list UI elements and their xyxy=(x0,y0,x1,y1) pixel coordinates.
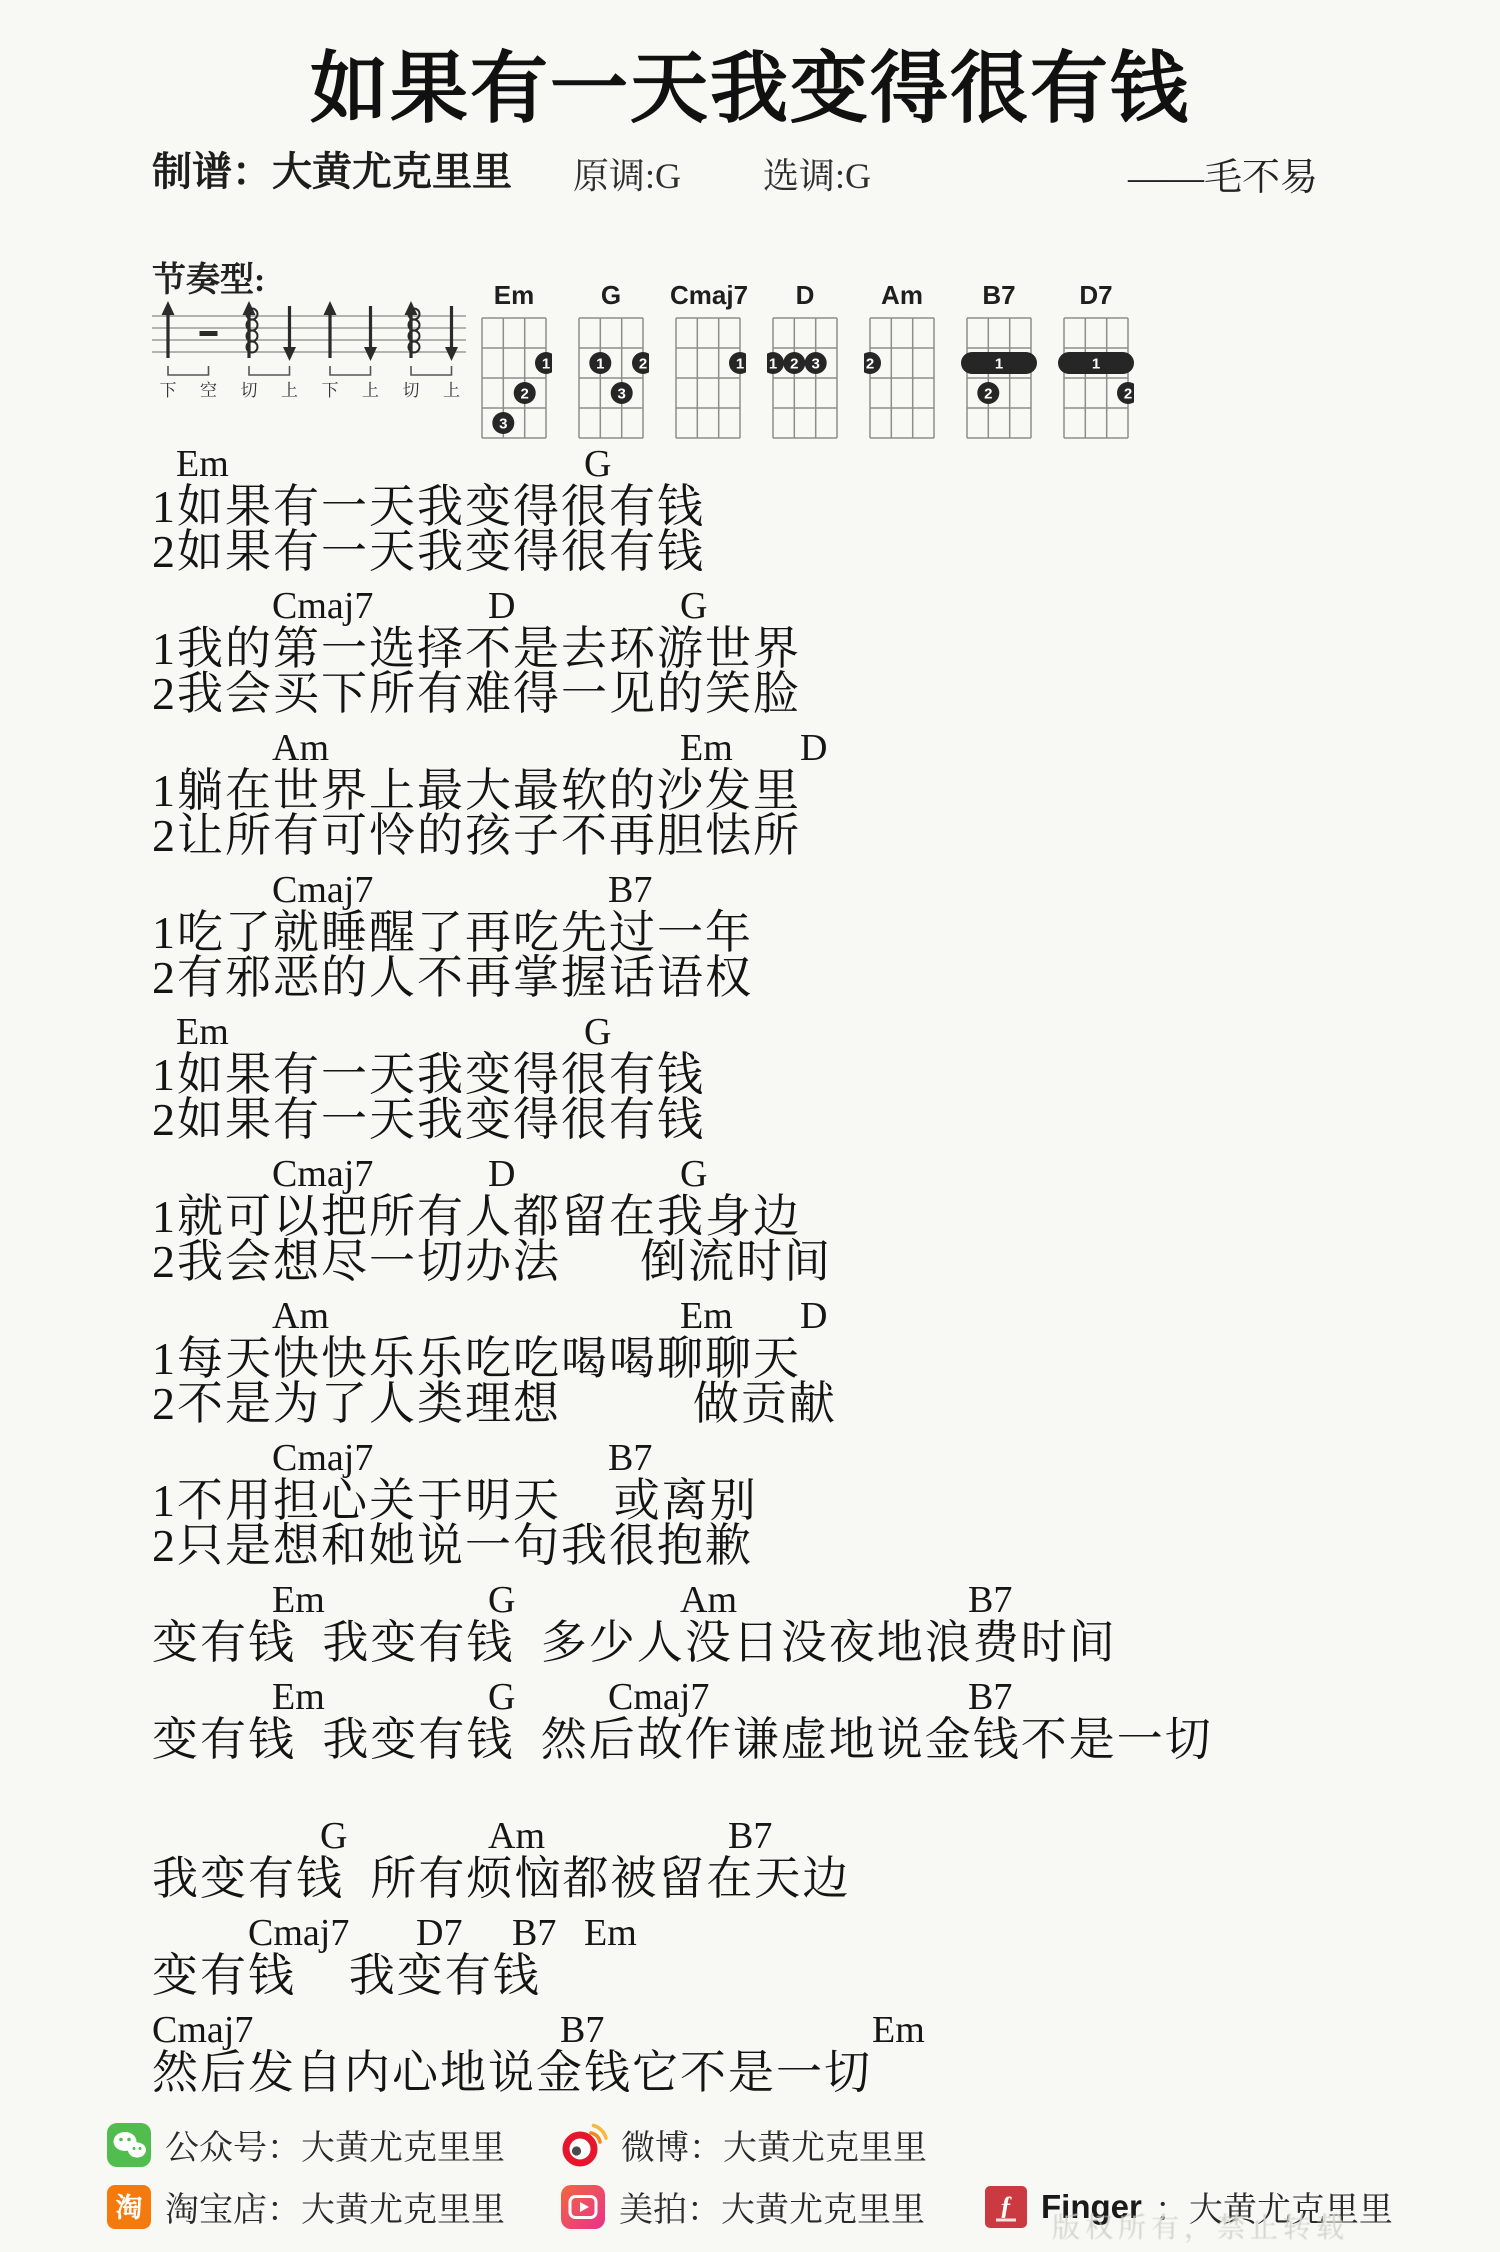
svg-text:1: 1 xyxy=(542,356,550,373)
chord-label: G xyxy=(584,442,611,486)
chord-label: Em xyxy=(176,442,229,486)
chord-label: G xyxy=(584,1010,611,1054)
chord-diagram-name: Am xyxy=(864,280,940,314)
chord-line: AmEmD xyxy=(152,1288,1472,1336)
rhythm-step-label: 切 xyxy=(403,381,420,400)
rhythm-step-label: 空 xyxy=(200,381,217,400)
svg-text:2: 2 xyxy=(1124,386,1132,403)
rhythm-pattern-diagram: 下空切上下上切上 xyxy=(146,292,481,412)
chord-grid: 1 xyxy=(670,314,746,442)
svg-text:1: 1 xyxy=(736,356,744,373)
chord-label: Em xyxy=(176,1010,229,1054)
chord-grid: 12 xyxy=(961,314,1037,442)
chord-diagram-row: Em123G123Cmaj71D123Am2B712D712 xyxy=(476,280,1134,447)
lyric-line: 变有钱 我变有钱 xyxy=(152,1953,1472,1998)
chord-label: Em xyxy=(680,726,733,770)
original-key: 原调:G xyxy=(573,148,681,199)
chord-label: D7 xyxy=(416,1911,462,1955)
song-line-group: EmG1如果有一天我变得很有钱2如果有一天我变得很有钱 xyxy=(152,1004,1472,1142)
chord-label: Cmaj7 xyxy=(272,868,373,912)
chord-grid: 12 xyxy=(1058,314,1134,442)
chord-diagram-name: G xyxy=(573,280,649,314)
svg-text:2: 2 xyxy=(521,386,529,403)
section-gap xyxy=(152,1766,1472,1808)
chord-label: Am xyxy=(488,1814,545,1858)
chord-label: D xyxy=(800,1294,827,1338)
svg-text:2: 2 xyxy=(866,356,874,373)
chord-label: D xyxy=(488,584,515,628)
svg-text:2: 2 xyxy=(984,386,992,403)
lyric-line: 2我会想尽一切办法 倒流时间 xyxy=(152,1239,1472,1284)
chord-grid: 123 xyxy=(573,314,649,442)
svg-text:淘: 淘 xyxy=(116,2193,143,2223)
chord-line: Cmaj7DG xyxy=(152,1146,1472,1194)
lyric-line: 我变有钱 所有烦恼都被留在天边 xyxy=(152,1856,1472,1901)
lyric-line: 1如果有一天我变得很有钱 xyxy=(152,484,1472,529)
page-title: 如果有一天我变得很有钱 xyxy=(0,26,1500,138)
rhythm-step: 上 xyxy=(362,306,379,400)
chord-grid: 123 xyxy=(767,314,843,442)
chord-grid: 2 xyxy=(864,314,940,442)
lyric-line: 1躺在世界上最大最软的沙发里 xyxy=(152,768,1472,813)
chord-label: Em xyxy=(584,1911,637,1955)
lyric-line: 1如果有一天我变得很有钱 xyxy=(152,1052,1472,1097)
chord-label: Em xyxy=(872,2008,925,2052)
chord-diagram-name: B7 xyxy=(961,280,1037,314)
song-line-group: Cmaj7B71吃了就睡醒了再吃先过一年2有邪恶的人不再掌握话语权 xyxy=(152,862,1472,1000)
svg-text:2: 2 xyxy=(790,356,798,373)
chord-label: G xyxy=(680,1152,707,1196)
rhythm-step-label: 切 xyxy=(241,381,258,400)
lyric-line: 1我的第一选择不是去环游世界 xyxy=(152,626,1472,671)
song-line-group: GAmB7我变有钱 所有烦恼都被留在天边 xyxy=(152,1808,1472,1901)
chord-line: Cmaj7B7 xyxy=(152,862,1472,910)
chord-line: AmEmD xyxy=(152,720,1472,768)
chord-label: Am xyxy=(272,726,329,770)
lyric-line: 2有邪恶的人不再掌握话语权 xyxy=(152,955,1472,1000)
svg-text:1: 1 xyxy=(769,356,777,373)
song-line-group: AmEmD1躺在世界上最大最软的沙发里2让所有可怜的孩子不再胆怯所 xyxy=(152,720,1472,858)
chord-label: Am xyxy=(272,1294,329,1338)
song-sheet: 如果有一天我变得很有钱 制谱：大黄尤克里里 原调:G 选调:G ——毛不易 节奏… xyxy=(0,0,1500,2252)
wechat-icon xyxy=(106,2122,152,2168)
rhythm-step-label: 上 xyxy=(362,381,379,400)
chord-label: Cmaj7 xyxy=(608,1675,709,1719)
footer-item-label: 淘宝店：大黄尤克里里 xyxy=(165,2182,505,2231)
chord-diagram-name: Cmaj7 xyxy=(670,280,746,314)
lyric-line: 变有钱 我变有钱 多少人没日没夜地浪费时间 xyxy=(152,1620,1472,1665)
producer-credit: 制谱：大黄尤克里里 xyxy=(152,140,512,197)
chord-line: Cmaj7B7 xyxy=(152,1430,1472,1478)
chord-label: B7 xyxy=(608,868,652,912)
song-line-group: AmEmD1每天快快乐乐吃吃喝喝聊聊天2不是为了人类理想 做贡献 xyxy=(152,1288,1472,1426)
rhythm-step: 空 xyxy=(200,331,218,400)
svg-text:3: 3 xyxy=(499,416,507,433)
song-line-group: Cmaj7D7B7Em变有钱 我变有钱 xyxy=(152,1905,1472,1998)
lyric-line: 2如果有一天我变得很有钱 xyxy=(152,529,1472,574)
lyric-line: 2只是想和她说一句我很抱歉 xyxy=(152,1523,1472,1568)
rhythm-step-label: 下 xyxy=(322,381,339,400)
rhythm-step-label: 上 xyxy=(443,381,460,400)
chord-label: G xyxy=(488,1675,515,1719)
song-line-group: EmGCmaj7B7变有钱 我变有钱 然后故作谦虚地说金钱不是一切 xyxy=(152,1669,1472,1762)
chord-label: B7 xyxy=(560,2008,604,2052)
chord-label: D xyxy=(800,726,827,770)
chord-diagram-am: Am2 xyxy=(864,280,940,447)
chord-label: Am xyxy=(680,1578,737,1622)
chord-diagram-name: D xyxy=(767,280,843,314)
lyric-line: 1就可以把所有人都留在我身边 xyxy=(152,1194,1472,1239)
weibo-icon xyxy=(560,2122,608,2168)
footer-item-taobao: 淘 淘宝店：大黄尤克里里 xyxy=(106,2182,505,2231)
rhythm-step: 上 xyxy=(281,306,298,400)
chord-label: Cmaj7 xyxy=(272,584,373,628)
chord-diagram-g: G123 xyxy=(573,280,649,447)
rhythm-svg: 下空切上下上切上 xyxy=(146,292,481,407)
chord-label: B7 xyxy=(968,1578,1012,1622)
rhythm-step-label: 上 xyxy=(281,381,298,400)
lyric-line: 2不是为了人类理想 做贡献 xyxy=(152,1381,1472,1426)
lyric-line: 1吃了就睡醒了再吃先过一年 xyxy=(152,910,1472,955)
rhythm-step-label: 下 xyxy=(160,381,177,400)
rhythm-step: 上 xyxy=(443,306,460,400)
chord-line: EmGCmaj7B7 xyxy=(152,1669,1472,1717)
chord-label: D xyxy=(488,1152,515,1196)
chord-label: Cmaj7 xyxy=(248,1911,349,1955)
svg-text:1: 1 xyxy=(1092,356,1100,373)
lyric-line: 1不用担心关于明天 或离别 xyxy=(152,1478,1472,1523)
chord-diagram-name: D7 xyxy=(1058,280,1134,314)
artist-credit: ——毛不易 xyxy=(1128,146,1318,201)
copyright-watermark: 版权所有，禁止转载 xyxy=(1052,2206,1349,2246)
song-line-group: EmG1如果有一天我变得很有钱2如果有一天我变得很有钱 xyxy=(152,436,1472,574)
song-line-group: Cmaj7B7Em然后发自内心地说金钱它不是一切 xyxy=(152,2002,1472,2095)
chord-line: EmG xyxy=(152,1004,1472,1052)
svg-text:3: 3 xyxy=(618,386,626,403)
chord-label: Cmaj7 xyxy=(272,1436,373,1480)
svg-text:2: 2 xyxy=(639,356,647,373)
footer-item-meipai: 美拍：大黄尤克里里 xyxy=(560,2182,925,2231)
song-line-group: EmGAmB7变有钱 我变有钱 多少人没日没夜地浪费时间 xyxy=(152,1572,1472,1665)
chord-diagram-cmaj7: Cmaj71 xyxy=(670,280,746,447)
play-key: 选调:G xyxy=(763,148,871,199)
chord-grid: 123 xyxy=(476,314,552,442)
chord-label: B7 xyxy=(728,1814,772,1858)
chord-label: G xyxy=(320,1814,347,1858)
chord-line: Cmaj7B7Em xyxy=(152,2002,1472,2050)
chord-label: Em xyxy=(272,1675,325,1719)
svg-text:1: 1 xyxy=(995,356,1003,373)
chord-label: Cmaj7 xyxy=(272,1152,373,1196)
svg-text:1: 1 xyxy=(596,356,604,373)
song-line-group: Cmaj7B71不用担心关于明天 或离别2只是想和她说一句我很抱歉 xyxy=(152,1430,1472,1568)
chord-line: Cmaj7DG xyxy=(152,578,1472,626)
lyrics-and-chords: EmG1如果有一天我变得很有钱2如果有一天我变得很有钱Cmaj7DG1我的第一选… xyxy=(152,436,1472,2099)
lyric-line: 2我会买下所有难得一见的笑脸 xyxy=(152,671,1472,716)
finger-icon: ƒ xyxy=(984,2185,1028,2229)
song-line-group: Cmaj7DG1就可以把所有人都留在我身边2我会想尽一切办法 倒流时间 xyxy=(152,1146,1472,1284)
lyric-line: 2如果有一天我变得很有钱 xyxy=(152,1097,1472,1142)
chord-label: Em xyxy=(680,1294,733,1338)
chord-line: EmGAmB7 xyxy=(152,1572,1472,1620)
chord-label: B7 xyxy=(968,1675,1012,1719)
lyric-line: 1每天快快乐乐吃吃喝喝聊聊天 xyxy=(152,1336,1472,1381)
chord-label: G xyxy=(680,584,707,628)
chord-diagram-d7: D712 xyxy=(1058,280,1134,447)
footer-item-weibo: 微博：大黄尤克里里 xyxy=(560,2120,927,2169)
lyric-line: 2让所有可怜的孩子不再胆怯所 xyxy=(152,813,1472,858)
chord-label: B7 xyxy=(512,1911,556,1955)
chord-label: Cmaj7 xyxy=(152,2008,253,2052)
song-line-group: Cmaj7DG1我的第一选择不是去环游世界2我会买下所有难得一见的笑脸 xyxy=(152,578,1472,716)
chord-diagram-em: Em123 xyxy=(476,280,552,447)
chord-line: Cmaj7D7B7Em xyxy=(152,1905,1472,1953)
meipai-icon xyxy=(560,2184,606,2230)
svg-text:ƒ: ƒ xyxy=(1000,2191,1013,2220)
chord-label: B7 xyxy=(608,1436,652,1480)
chord-line: EmG xyxy=(152,436,1472,484)
taobao-icon: 淘 xyxy=(106,2184,152,2230)
footer-item-label: 公众号：大黄尤克里里 xyxy=(165,2120,505,2169)
chord-diagram-d: D123 xyxy=(767,280,843,447)
lyric-line: 然后发自内心地说金钱它不是一切 xyxy=(152,2050,1472,2095)
chord-diagram-name: Em xyxy=(476,280,552,314)
chord-label: G xyxy=(488,1578,515,1622)
chord-label: Em xyxy=(272,1578,325,1622)
footer-item-label: 美拍：大黄尤克里里 xyxy=(619,2182,925,2231)
lyric-line: 变有钱 我变有钱 然后故作谦虚地说金钱不是一切 xyxy=(152,1717,1472,1762)
chord-line: GAmB7 xyxy=(152,1808,1472,1856)
svg-text:3: 3 xyxy=(812,356,820,373)
chord-diagram-b7: B712 xyxy=(961,280,1037,447)
footer-item-label: 微博：大黄尤克里里 xyxy=(621,2120,927,2169)
footer-item-wechat: 公众号：大黄尤克里里 xyxy=(106,2120,505,2169)
